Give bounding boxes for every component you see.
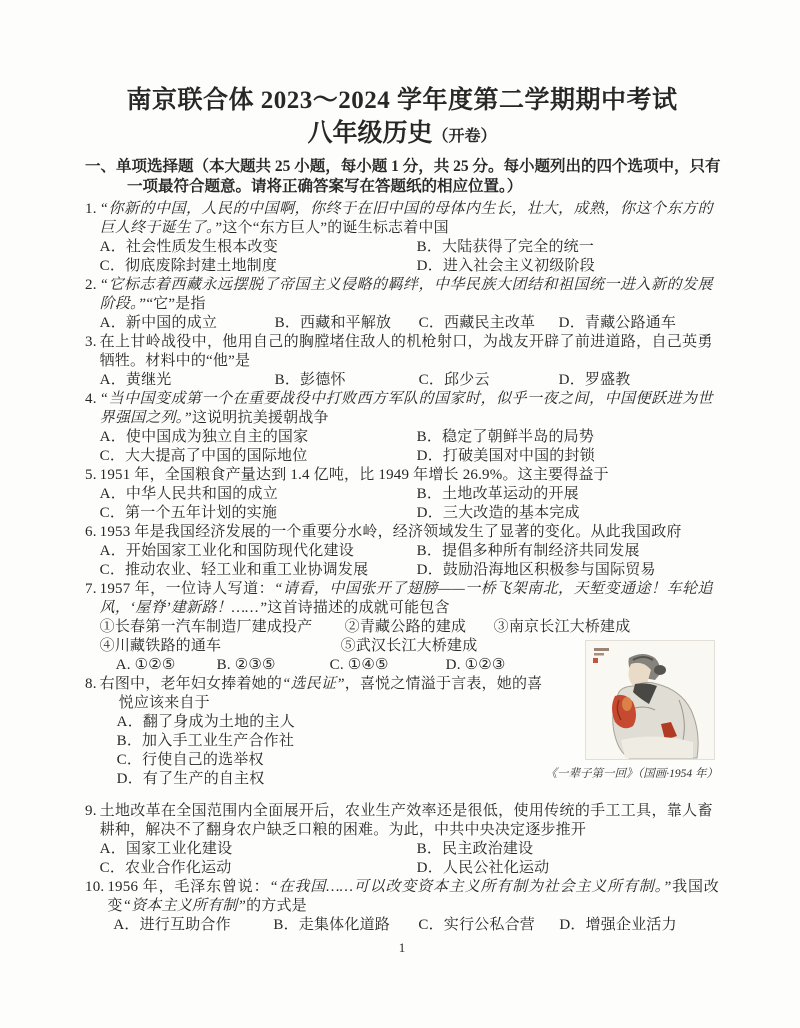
- figure-caption: 《一辈子第一回》（国画·1954 年）: [455, 765, 718, 781]
- question-number: 8.: [85, 675, 100, 789]
- exam-subtitle: 八年级历史（开卷）: [85, 117, 719, 153]
- options: A．中华人民共和国的成立 B．土地改革运动的开展 C．第一个五年计划的实施 D．…: [100, 485, 713, 523]
- option-c: C．彻底废除封建土地制度: [100, 257, 417, 276]
- option-a: A．国家工业化建设: [100, 840, 417, 859]
- question-stem: “当中国变成第一个在重要战役中打败西方军队的国家时，似乎一夜之间，中国便跃进为世…: [100, 390, 713, 428]
- option-c: C．实行公私合营: [418, 916, 559, 935]
- statement-3: ③南京长江大桥建成: [494, 618, 713, 637]
- option-b: B．土地改革运动的开展: [417, 485, 713, 504]
- page-content: 南京联合体 2023～2024 学年度第二学期期中考试 八年级历史（开卷） 一、…: [85, 84, 719, 956]
- option-b: B．西藏和平解放: [275, 314, 419, 333]
- options: A．新中国的成立 B．西藏和平解放 C．西藏民主改革 D．青藏公路通车: [100, 314, 713, 333]
- option-b: B．民主政治建设: [417, 840, 713, 859]
- open-book-note: （开卷）: [433, 128, 497, 145]
- question-number: 5.: [85, 466, 100, 523]
- option-b: B. ②③⑤: [217, 656, 330, 675]
- option-a: A．黄继光: [100, 371, 275, 390]
- option-d: D．增强企业活力: [559, 916, 719, 935]
- question-number: 4.: [85, 390, 100, 466]
- question-4: 4. “当中国变成第一个在重要战役中打败西方军队的国家时，似乎一夜之间，中国便跃…: [85, 390, 719, 466]
- question-1: 1. “你新的中国，人民的中国啊，你终于在旧中国的母体内生长，壮大，成熟，你这个…: [85, 200, 719, 276]
- instructions-line-2: 一项最符合题意。请将正确答案写在答题纸的相应位置。）: [127, 177, 719, 197]
- question-5: 5. 1951 年，全国粮食产量达到 1.4 亿吨，比 1949 年增长 26.…: [85, 466, 719, 523]
- option-c: C. ①④⑤: [330, 656, 446, 675]
- question-2: 2. “它标志着西藏永远摆脱了帝国主义侵略的羁绊，中华民族大团结和祖国统一进入新…: [85, 276, 719, 333]
- options: A．进行互助合作 B．走集体化道路 C．实行公私合营 D．增强企业活力: [107, 916, 719, 935]
- question-stem: “它标志着西藏永远摆脱了帝国主义侵略的羁绊，中华民族大团结和祖国统一进入新的发展…: [100, 276, 713, 314]
- painting-voter-certificate-image: [585, 640, 715, 760]
- question-number: 6.: [85, 523, 100, 580]
- option-d: D．人民公社化运动: [417, 859, 713, 878]
- option-d: D．打破美国对中国的封锁: [417, 447, 713, 466]
- subject-title: 八年级历史: [307, 120, 432, 147]
- question-stem: 土地改革在全国范围内全面展开后，农业生产效率还是很低，使用传统的手工工具，靠人畜…: [100, 802, 713, 840]
- exam-title: 南京联合体 2023～2024 学年度第二学期期中考试: [85, 84, 719, 117]
- option-c: C．农业合作化运动: [100, 859, 417, 878]
- question-stem: 1956 年，毛泽东曾说：“在我国……可以改变资本主义所有制为社会主义所有制。”…: [107, 878, 719, 916]
- options: A．黄继光 B．彭德怀 C．邱少云 D．罗盛教: [100, 371, 713, 390]
- question-stem: “你新的中国，人民的中国啊，你终于在旧中国的母体内生长，壮大，成熟，你这个东方的…: [100, 200, 713, 238]
- question-9: 9. 土地改革在全国范围内全面展开后，农业生产效率还是很低，使用传统的手工工具，…: [85, 802, 719, 878]
- question-number: 10.: [85, 878, 107, 935]
- section-instructions: 一、单项选择题（本大题共 25 小题，每小题 1 分，共 25 分。每小题列出的…: [85, 157, 719, 197]
- question-number: 9.: [85, 802, 100, 878]
- question-stem: 在上甘岭战役中，他用自己的胸膛堵住敌人的机枪射口，为战友开辟了前进道路，自己英勇…: [100, 333, 713, 371]
- option-a: A．开始国家工业化和国防现代化建设: [100, 542, 417, 561]
- question-list: 1. “你新的中国，人民的中国啊，你终于在旧中国的母体内生长，壮大，成熟，你这个…: [85, 200, 719, 935]
- question-number: 2.: [85, 276, 100, 333]
- option-c: C．大大提高了中国的国际地位: [100, 447, 417, 466]
- option-c: C．西藏民主改革: [419, 314, 559, 333]
- statement-1: ①长春第一汽车制造厂建成投产: [100, 618, 345, 637]
- statement-4: ④川藏铁路的通车: [100, 637, 341, 656]
- option-a: A．新中国的成立: [100, 314, 275, 333]
- option-a: A. ①②⑤: [116, 656, 217, 675]
- question-stem: 1951 年，全国粮食产量达到 1.4 亿吨，比 1949 年增长 26.9%。…: [100, 466, 713, 485]
- option-b: B．提倡多种所有制经济共同发展: [417, 542, 713, 561]
- question-3: 3. 在上甘岭战役中，他用自己的胸膛堵住敌人的机枪射口，为战友开辟了前进道路，自…: [85, 333, 719, 390]
- option-c: C．邱少云: [419, 371, 559, 390]
- option-b: B．彭德怀: [275, 371, 419, 390]
- option-d: D．三大改造的基本完成: [417, 504, 713, 523]
- question-6: 6. 1953 年是我国经济发展的一个重要分水岭，经济领域发生了显著的变化。从此…: [85, 523, 719, 580]
- option-a: A．使中国成为独立自主的国家: [100, 428, 417, 447]
- question-stem: 1957 年，一位诗人写道：“请看，中国张开了翅膀——一桥飞架南北，天堑变通途！…: [100, 580, 713, 618]
- question-8-figure: [585, 640, 715, 760]
- question-number: 7.: [85, 580, 100, 675]
- instructions-line-1: 一、单项选择题（本大题共 25 小题，每小题 1 分，共 25 分。每小题列出的…: [85, 157, 719, 177]
- option-c: C．推动农业、轻工业和重工业协调发展: [100, 561, 417, 580]
- page-number: 1: [85, 940, 719, 956]
- statement-items-row-1: ①长春第一汽车制造厂建成投产 ②青藏公路的建成 ③南京长江大桥建成: [100, 618, 713, 637]
- options: A．社会性质发生根本改变 B．大陆获得了完全的统一 C．彻底废除封建土地制度 D…: [100, 238, 713, 276]
- option-b: B．走集体化道路: [273, 916, 418, 935]
- option-c: C．第一个五年计划的实施: [100, 504, 417, 523]
- question-stem: 1953 年是我国经济发展的一个重要分水岭，经济领域发生了显著的变化。从此我国政…: [100, 523, 713, 542]
- question-10: 10. 1956 年，毛泽东曾说：“在我国……可以改变资本主义所有制为社会主义所…: [85, 878, 719, 935]
- question-number: 3.: [85, 333, 100, 390]
- options: A．使中国成为独立自主的国家 B．稳定了朝鲜半岛的局势 C．大大提高了中国的国际…: [100, 428, 713, 466]
- statement-2: ②青藏公路的建成: [345, 618, 494, 637]
- option-d: D．进入社会主义初级阶段: [417, 257, 713, 276]
- option-b: B．稳定了朝鲜半岛的局势: [417, 428, 713, 447]
- options: A．国家工业化建设 B．民主政治建设 C．农业合作化运动 D．人民公社化运动: [100, 840, 713, 878]
- option-d: D．鼓励沿海地区积极参与国际贸易: [417, 561, 713, 580]
- option-d: D．罗盛教: [559, 371, 713, 390]
- question-number: 1.: [85, 200, 100, 276]
- option-d: D．青藏公路通车: [559, 314, 713, 333]
- option-a: A．社会性质发生根本改变: [100, 238, 417, 257]
- option-b: B．大陆获得了完全的统一: [417, 238, 713, 257]
- options: A．开始国家工业化和国防现代化建设 B．提倡多种所有制经济共同发展 C．推动农业…: [100, 542, 713, 580]
- option-a: A．进行互助合作: [113, 916, 273, 935]
- option-a: A．中华人民共和国的成立: [100, 485, 417, 504]
- exam-paper-page: 南京联合体 2023～2024 学年度第二学期期中考试 八年级历史（开卷） 一、…: [0, 0, 800, 1028]
